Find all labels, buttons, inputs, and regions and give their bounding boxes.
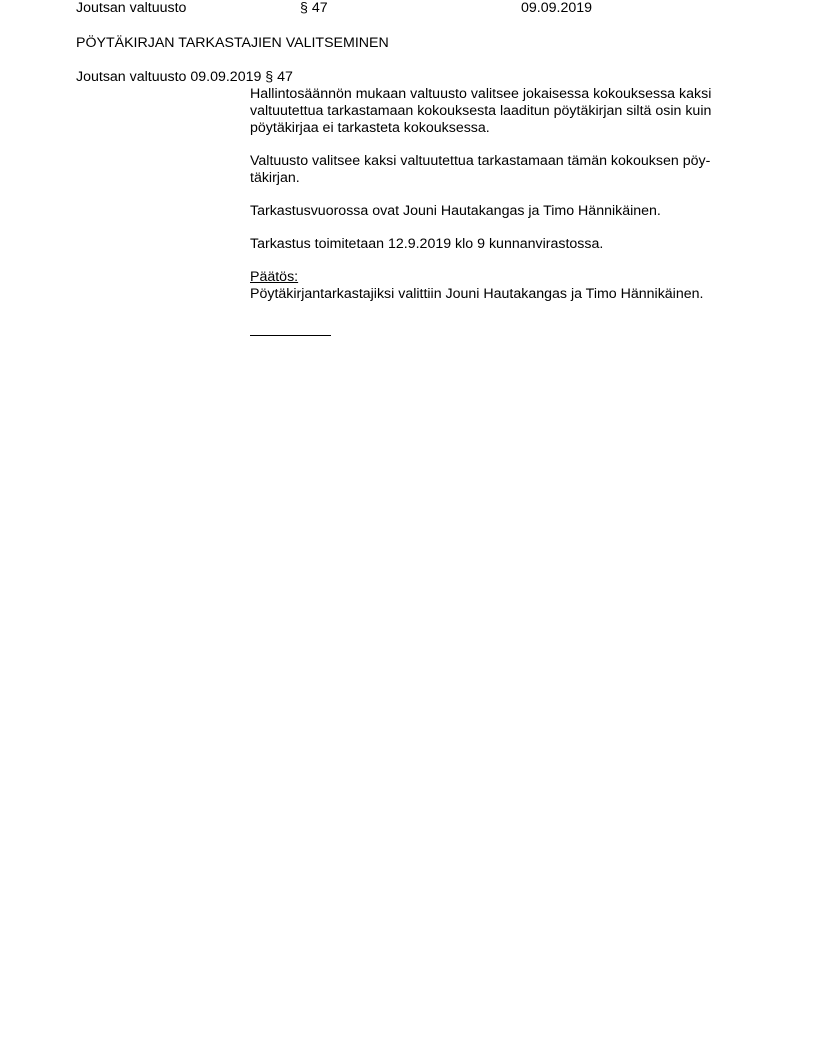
- text-line: täkirjan.: [250, 170, 740, 187]
- end-rule: [250, 319, 331, 336]
- text-line: valtuutettua tarkastamaan kokouksesta la…: [250, 103, 740, 120]
- decision-block: Päätös: Pöytäkirjantarkastajiksi valitti…: [250, 269, 740, 303]
- paragraph-rules: Hallintosäännön mukaan valtuusto valitse…: [250, 86, 740, 137]
- paragraph-turn: Tarkastusvuorossa ovat Jouni Hautakangas…: [250, 203, 740, 220]
- header-section: § 47: [300, 0, 328, 17]
- decision-text: Pöytäkirjantarkastajiksi valittiin Jouni…: [250, 286, 740, 303]
- meeting-reference: Joutsan valtuusto 09.09.2019 § 47: [76, 69, 293, 86]
- paragraph-inspection-time: Tarkastus toimitetaan 12.9.2019 klo 9 ku…: [250, 236, 740, 253]
- header-body-name: Joutsan valtuusto: [76, 0, 186, 17]
- header-date: 09.09.2019: [521, 0, 592, 17]
- document-title: PÖYTÄKIRJAN TARKASTAJIEN VALITSEMINEN: [76, 35, 389, 52]
- text-line: pöytäkirjaa ei tarkasteta kokouksessa.: [250, 120, 740, 137]
- text-line: Tarkastusvuorossa ovat Jouni Hautakangas…: [250, 203, 740, 220]
- paragraph-selection: Valtuusto valitsee kaksi valtuutettua ta…: [250, 153, 740, 187]
- document-body: Hallintosäännön mukaan valtuusto valitse…: [250, 86, 740, 336]
- text-line: Hallintosäännön mukaan valtuusto valitse…: [250, 86, 740, 103]
- text-line: Tarkastus toimitetaan 12.9.2019 klo 9 ku…: [250, 236, 740, 253]
- text-line: Valtuusto valitsee kaksi valtuutettua ta…: [250, 153, 740, 170]
- decision-label: Päätös:: [250, 269, 740, 286]
